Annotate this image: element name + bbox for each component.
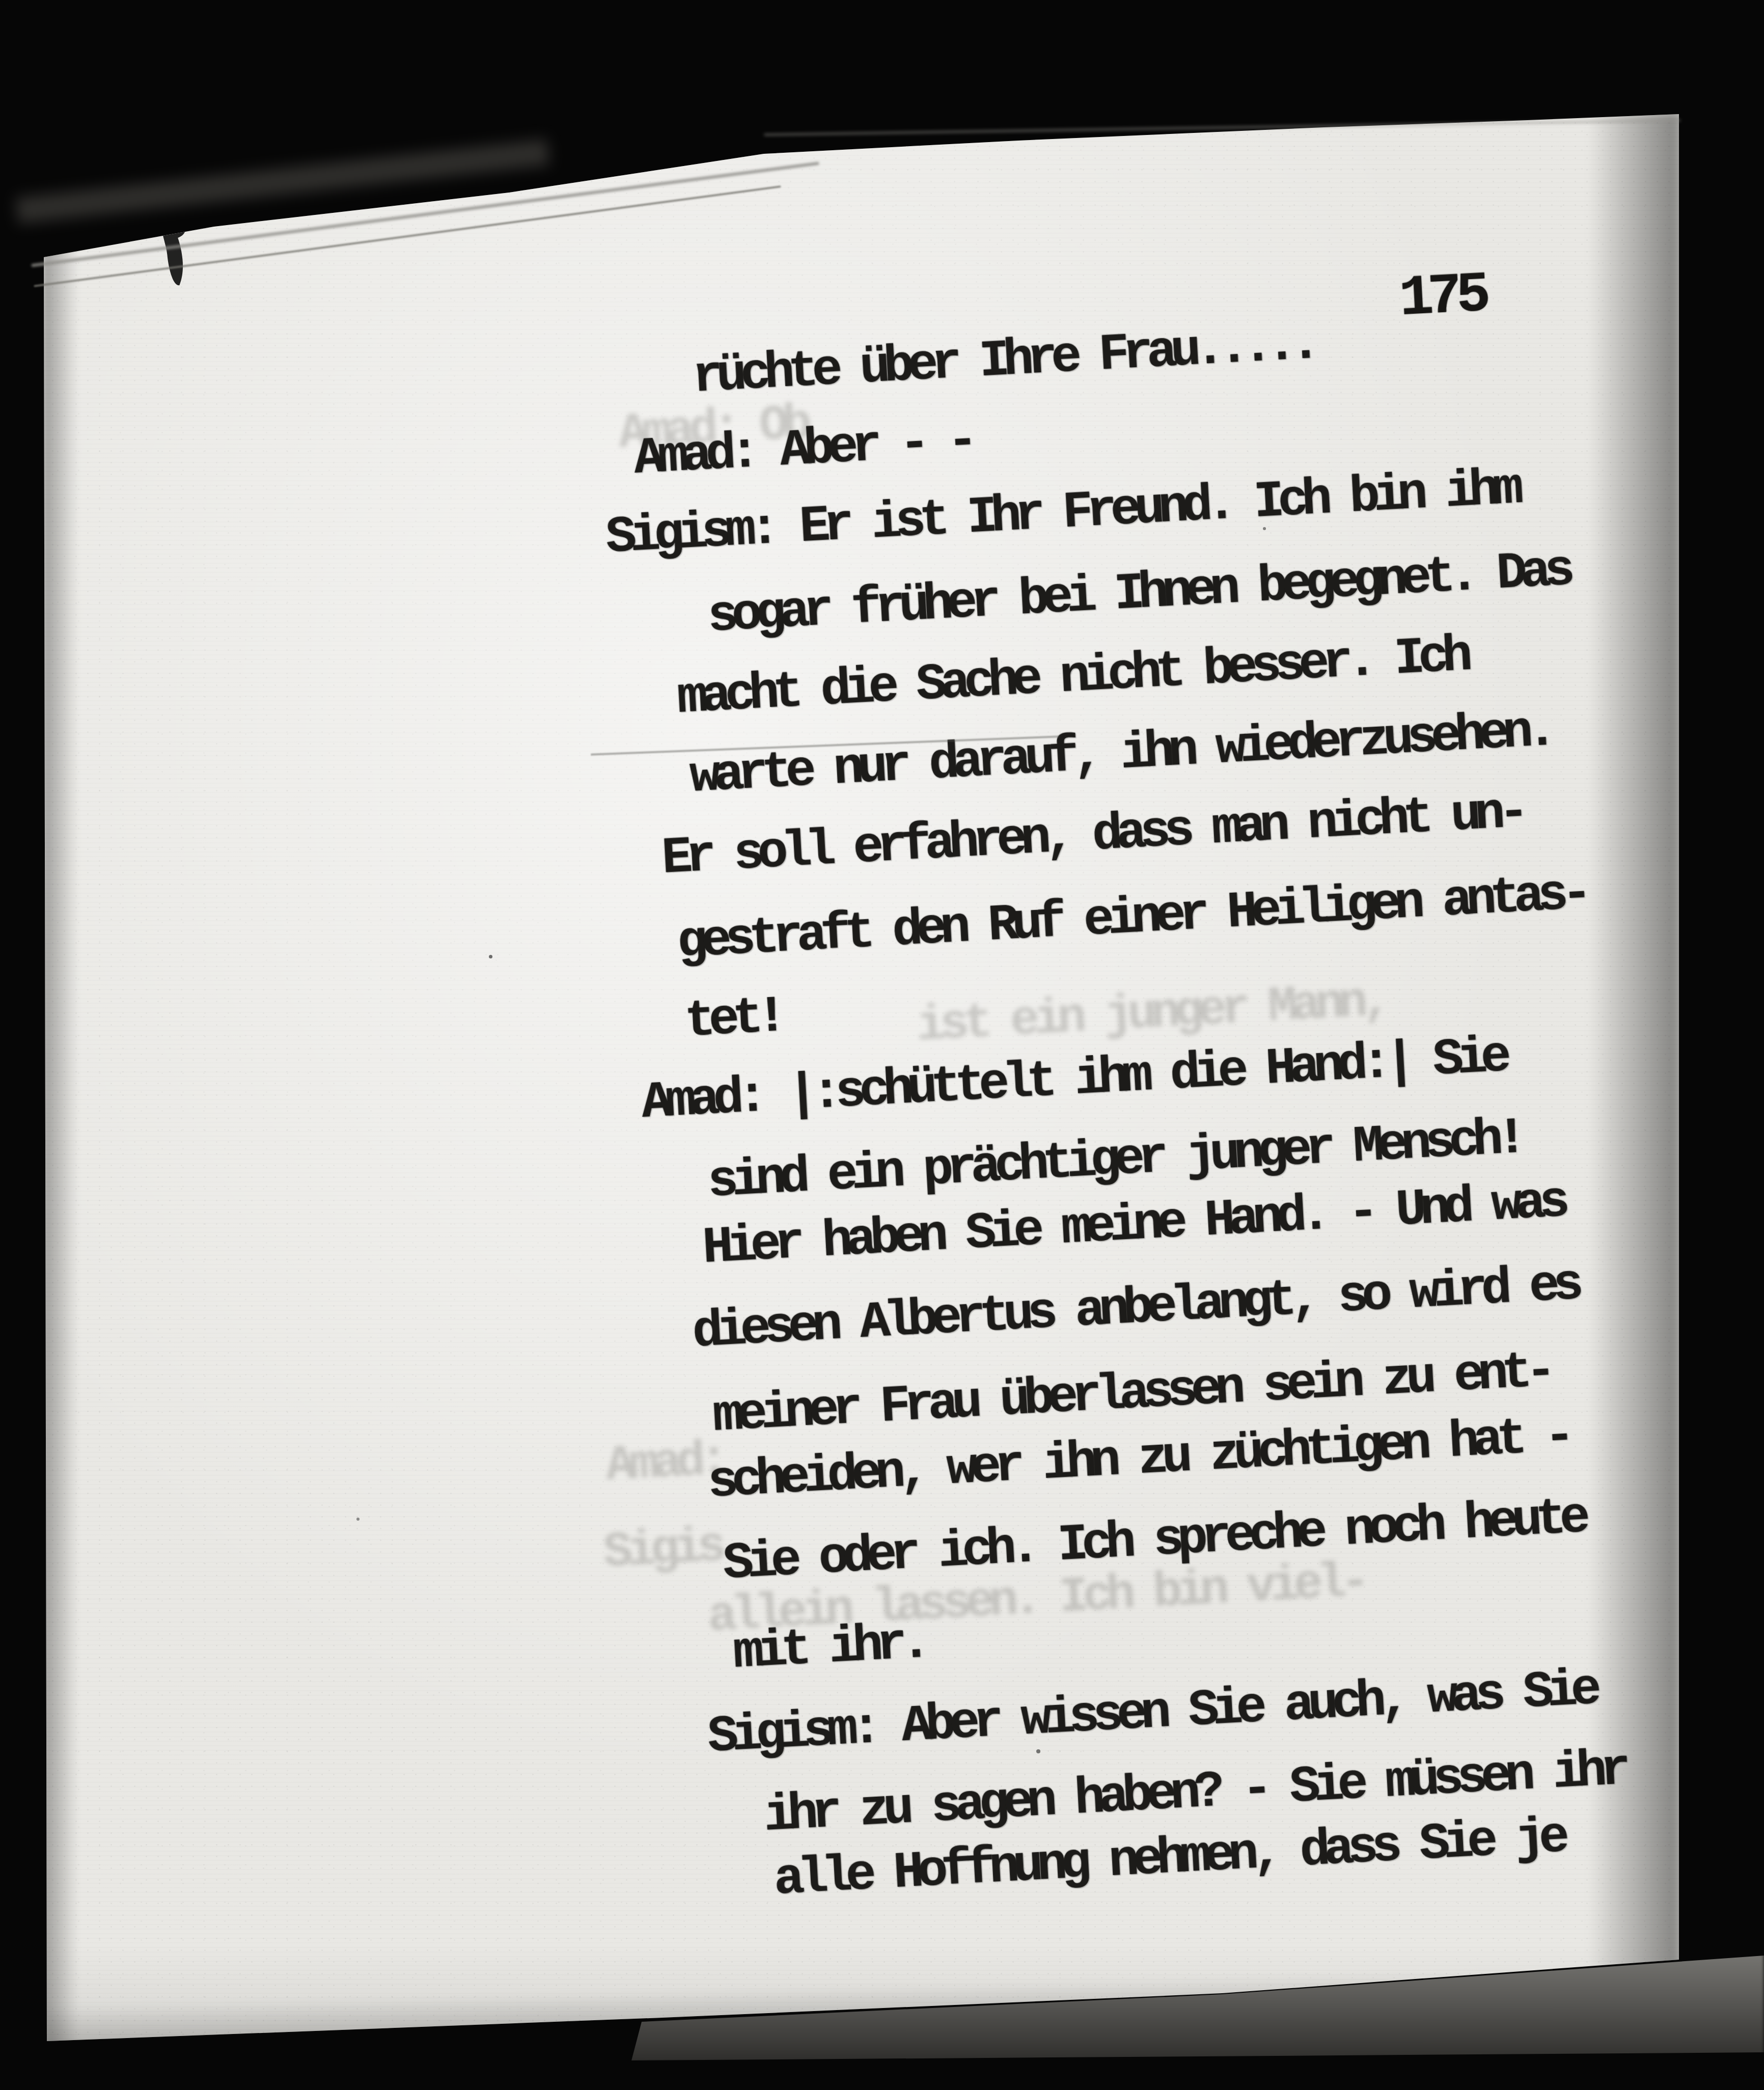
right-edge-shadow [1589, 112, 1680, 1971]
dialogue-text: Er ist Ihr Freund. Ich bin ihm [798, 460, 1518, 557]
dialogue-text: Aber wissen Sie auch, was Sie [900, 1661, 1596, 1756]
speaker-label: Sigism: [706, 1700, 877, 1767]
speaker-label: Sigism: [604, 501, 775, 567]
tear-mark [150, 213, 211, 294]
script-line: diesen Albertus anbelangt, so wird es [691, 1260, 1578, 1359]
dialogue-text: |:schüttelt ihm die Hand:| Sie [786, 1028, 1506, 1124]
dialogue-text: Aber - - [779, 413, 973, 480]
paper-speck [1263, 527, 1266, 530]
dialogue-text: macht die Sache nicht besser. Ich [676, 627, 1468, 728]
script-line: mit ihr. [732, 1618, 926, 1680]
page-number: 175 [1398, 263, 1486, 332]
dialogue-text: rüchte über Ihre Frau..... [691, 316, 1316, 407]
script-line: Sigism:Aber wissen Sie auch, was Sie [706, 1665, 1596, 1764]
dialogue-text: mit ihr. [732, 1615, 926, 1683]
left-edge-shadow [43, 194, 78, 2047]
dialogue-text: diesen Albertus anbelangt, so wird es [691, 1256, 1579, 1362]
scan-background: 175 Amad: Ob ist ein junger Mann, Amad: … [0, 0, 1764, 2090]
script-line: rüchte über Ihre Frau..... [691, 319, 1315, 404]
script-line: macht die Sache nicht besser. Ich [676, 631, 1467, 725]
paper-speck [489, 955, 492, 958]
script-line: gestraft den Ruf einer Heiligen antas- [676, 869, 1587, 969]
paper-sheet: 175 Amad: Ob ist ein junger Mann, Amad: … [0, 0, 1764, 2090]
dialogue-text: gestraft den Ruf einer Heiligen antas- [676, 865, 1587, 972]
paper-speck [1036, 1749, 1040, 1753]
script-line: tet! [683, 992, 782, 1048]
speaker-label: Amad: [640, 1068, 763, 1133]
script-line: Er soll erfahren, dass man nicht un- [660, 788, 1524, 885]
bleedthrough-text: Sigis [602, 1523, 722, 1578]
paper-speck [356, 1518, 360, 1521]
dialogue-text: tet! [683, 988, 782, 1051]
speaker-label: Amad: [632, 424, 755, 488]
